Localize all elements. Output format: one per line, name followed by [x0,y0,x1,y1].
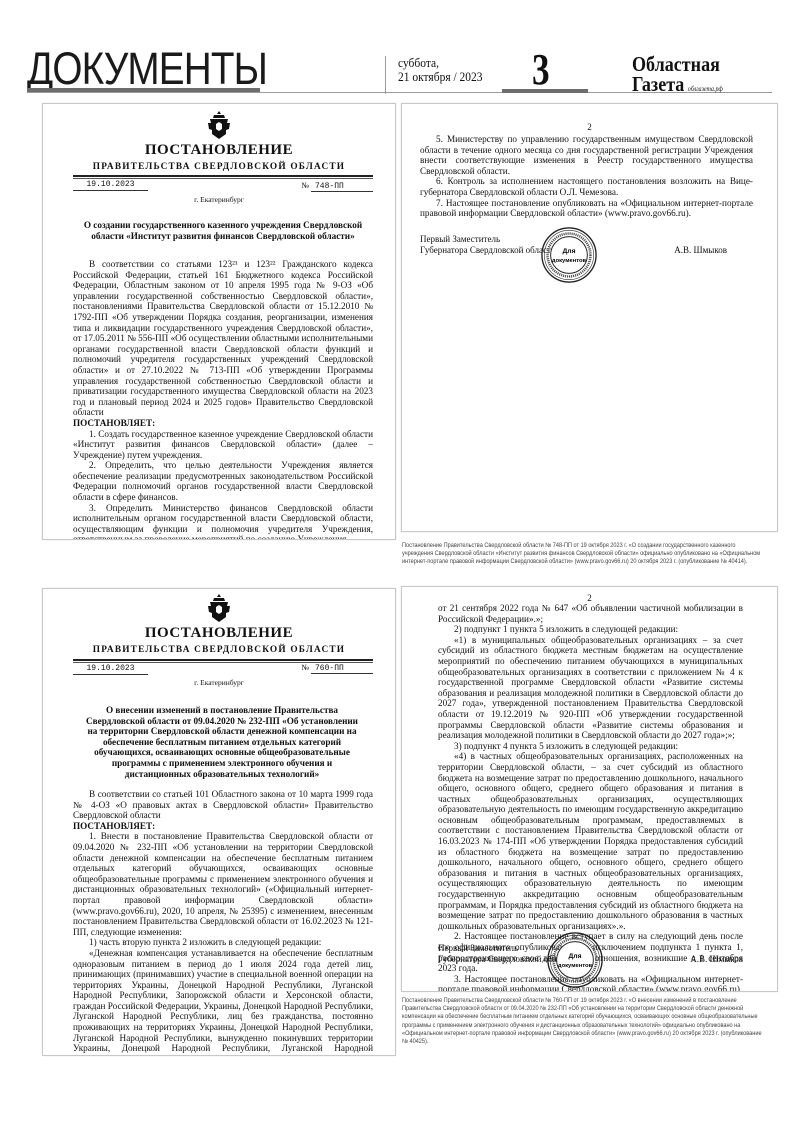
page-number: 2 [402,122,777,132]
document-748-page2: 2 5. Министерству по управлению государс… [401,103,778,532]
issue-weekday: суббота, [398,56,483,70]
coat-of-arms-icon [206,110,232,140]
signer-name: А.В. Шмыков [674,245,727,256]
document-748-page1: ПОСТАНОВЛЕНИЕ ПРАВИТЕЛЬСТВА СВЕРДЛОВСКОЙ… [42,103,396,540]
header-rule [73,175,373,177]
item: 1. Создать государственное казенное учре… [73,429,373,461]
doc-body: В соответствии со статьями 123²¹ и 123²²… [73,259,373,540]
item: 3. Определить Министерство финансов Свер… [73,503,373,540]
item: «Денежная компенсация устанавливается на… [73,948,373,1056]
item: 7. Настоящее постановление опубликовать … [420,198,753,219]
doc-number-value: 760-ПП [311,664,373,674]
brand-line2: Газета [632,72,684,96]
masthead-divider [385,56,386,94]
svg-text:Для: Для [568,953,581,960]
doc-number: № 748-ПП [301,181,373,192]
section-title: ДОКУМЕНТЫ [27,46,267,91]
doc-title: ПОСТАНОВЛЕНИЕ [43,142,395,159]
header-rule-thin [73,178,373,179]
doc-body: В соответствии со статьей 101 Областного… [73,789,373,1056]
official-stamp-icon: Для документов [540,226,598,284]
doc-heading: О внесении изменений в постановление Пра… [83,705,361,779]
coat-of-arms-icon [206,593,232,623]
item: «1) в муниципальных общеобразовательных … [438,635,743,741]
document-760-page1: ПОСТАНОВЛЕНИЕ ПРАВИТЕЛЬСТВА СВЕРДЛОВСКОЙ… [42,588,396,1056]
masthead: ДОКУМЕНТЫ суббота, 21 октября / 2023 3 О… [0,0,800,100]
signer-name: А.В. Шмыков [690,954,743,965]
item: от 21 сентября 2022 года № 647 «Об объяв… [438,603,743,624]
preamble: В соответствии со статьями 123²¹ и 123²²… [73,259,373,418]
doc-city: г. Екатеринбург [43,195,395,204]
preamble: В соответствии со статьей 101 Областного… [73,789,373,821]
doc-subtitle: ПРАВИТЕЛЬСТВА СВЕРДЛОВСКОЙ ОБЛАСТИ [43,162,395,172]
svg-text:Для: Для [562,248,575,255]
item: 2. Определить, что целью деятельности Уч… [73,460,373,502]
item: «4) в частных общеобразовательных органи… [438,751,743,931]
doc-number-value: 748-ПП [311,182,373,192]
item: 6. Контроль за исполнением настоящего по… [420,176,753,197]
brand-site: облгазета.рф [688,85,723,93]
doc-body: 5. Министерству по управлению государств… [420,134,753,219]
item: 2) подпункт 1 пункта 5 изложить в следую… [438,624,743,635]
doc-heading: О создании государственного казенного уч… [73,220,373,241]
doc-title: ПОСТАНОВЛЕНИЕ [43,625,395,642]
svg-text:документов: документов [558,963,593,969]
resolves-label: ПОСТАНОВЛЯЕТ: [73,821,373,832]
doc-city: г. Екатеринбург [43,678,395,687]
brand-line1: Областная [632,54,723,74]
resolves-label: ПОСТАНОВЛЯЕТ: [73,418,373,429]
item: 5. Министерству по управлению государств… [420,134,753,176]
issue-date-text: 21 октября / 2023 [398,70,483,84]
newspaper-logo: Областная Газетаоблгазета.рф [632,54,723,99]
doc-date: 19.10.2023 [73,180,148,191]
page-number: 3 [532,48,550,92]
header-rule [73,659,373,661]
item: 1. Внести в постановление Правительства … [73,831,373,937]
item: 3) подпункт 4 пункта 5 изложить в следую… [438,741,743,752]
doc-subtitle: ПРАВИТЕЛЬСТВА СВЕРДЛОВСКОЙ ОБЛАСТИ [43,645,395,655]
page-number: 2 [402,593,777,603]
publication-caption: Постановление Правительства Свердловской… [402,542,767,567]
svg-text:документов: документов [552,258,587,264]
doc-date: 19.10.2023 [73,664,148,675]
item: 1) часть вторую пункта 2 изложить в след… [73,937,373,948]
publication-caption: Постановление Правительства Свердловской… [402,997,767,1046]
document-760-page2: 2 от 21 сентября 2022 года № 647 «Об объ… [401,586,778,992]
issue-date: суббота, 21 октября / 2023 [398,56,483,84]
doc-number: № 760-ПП [301,663,373,674]
page-number-underline [502,89,588,93]
official-stamp-icon: Для документов [546,931,604,989]
